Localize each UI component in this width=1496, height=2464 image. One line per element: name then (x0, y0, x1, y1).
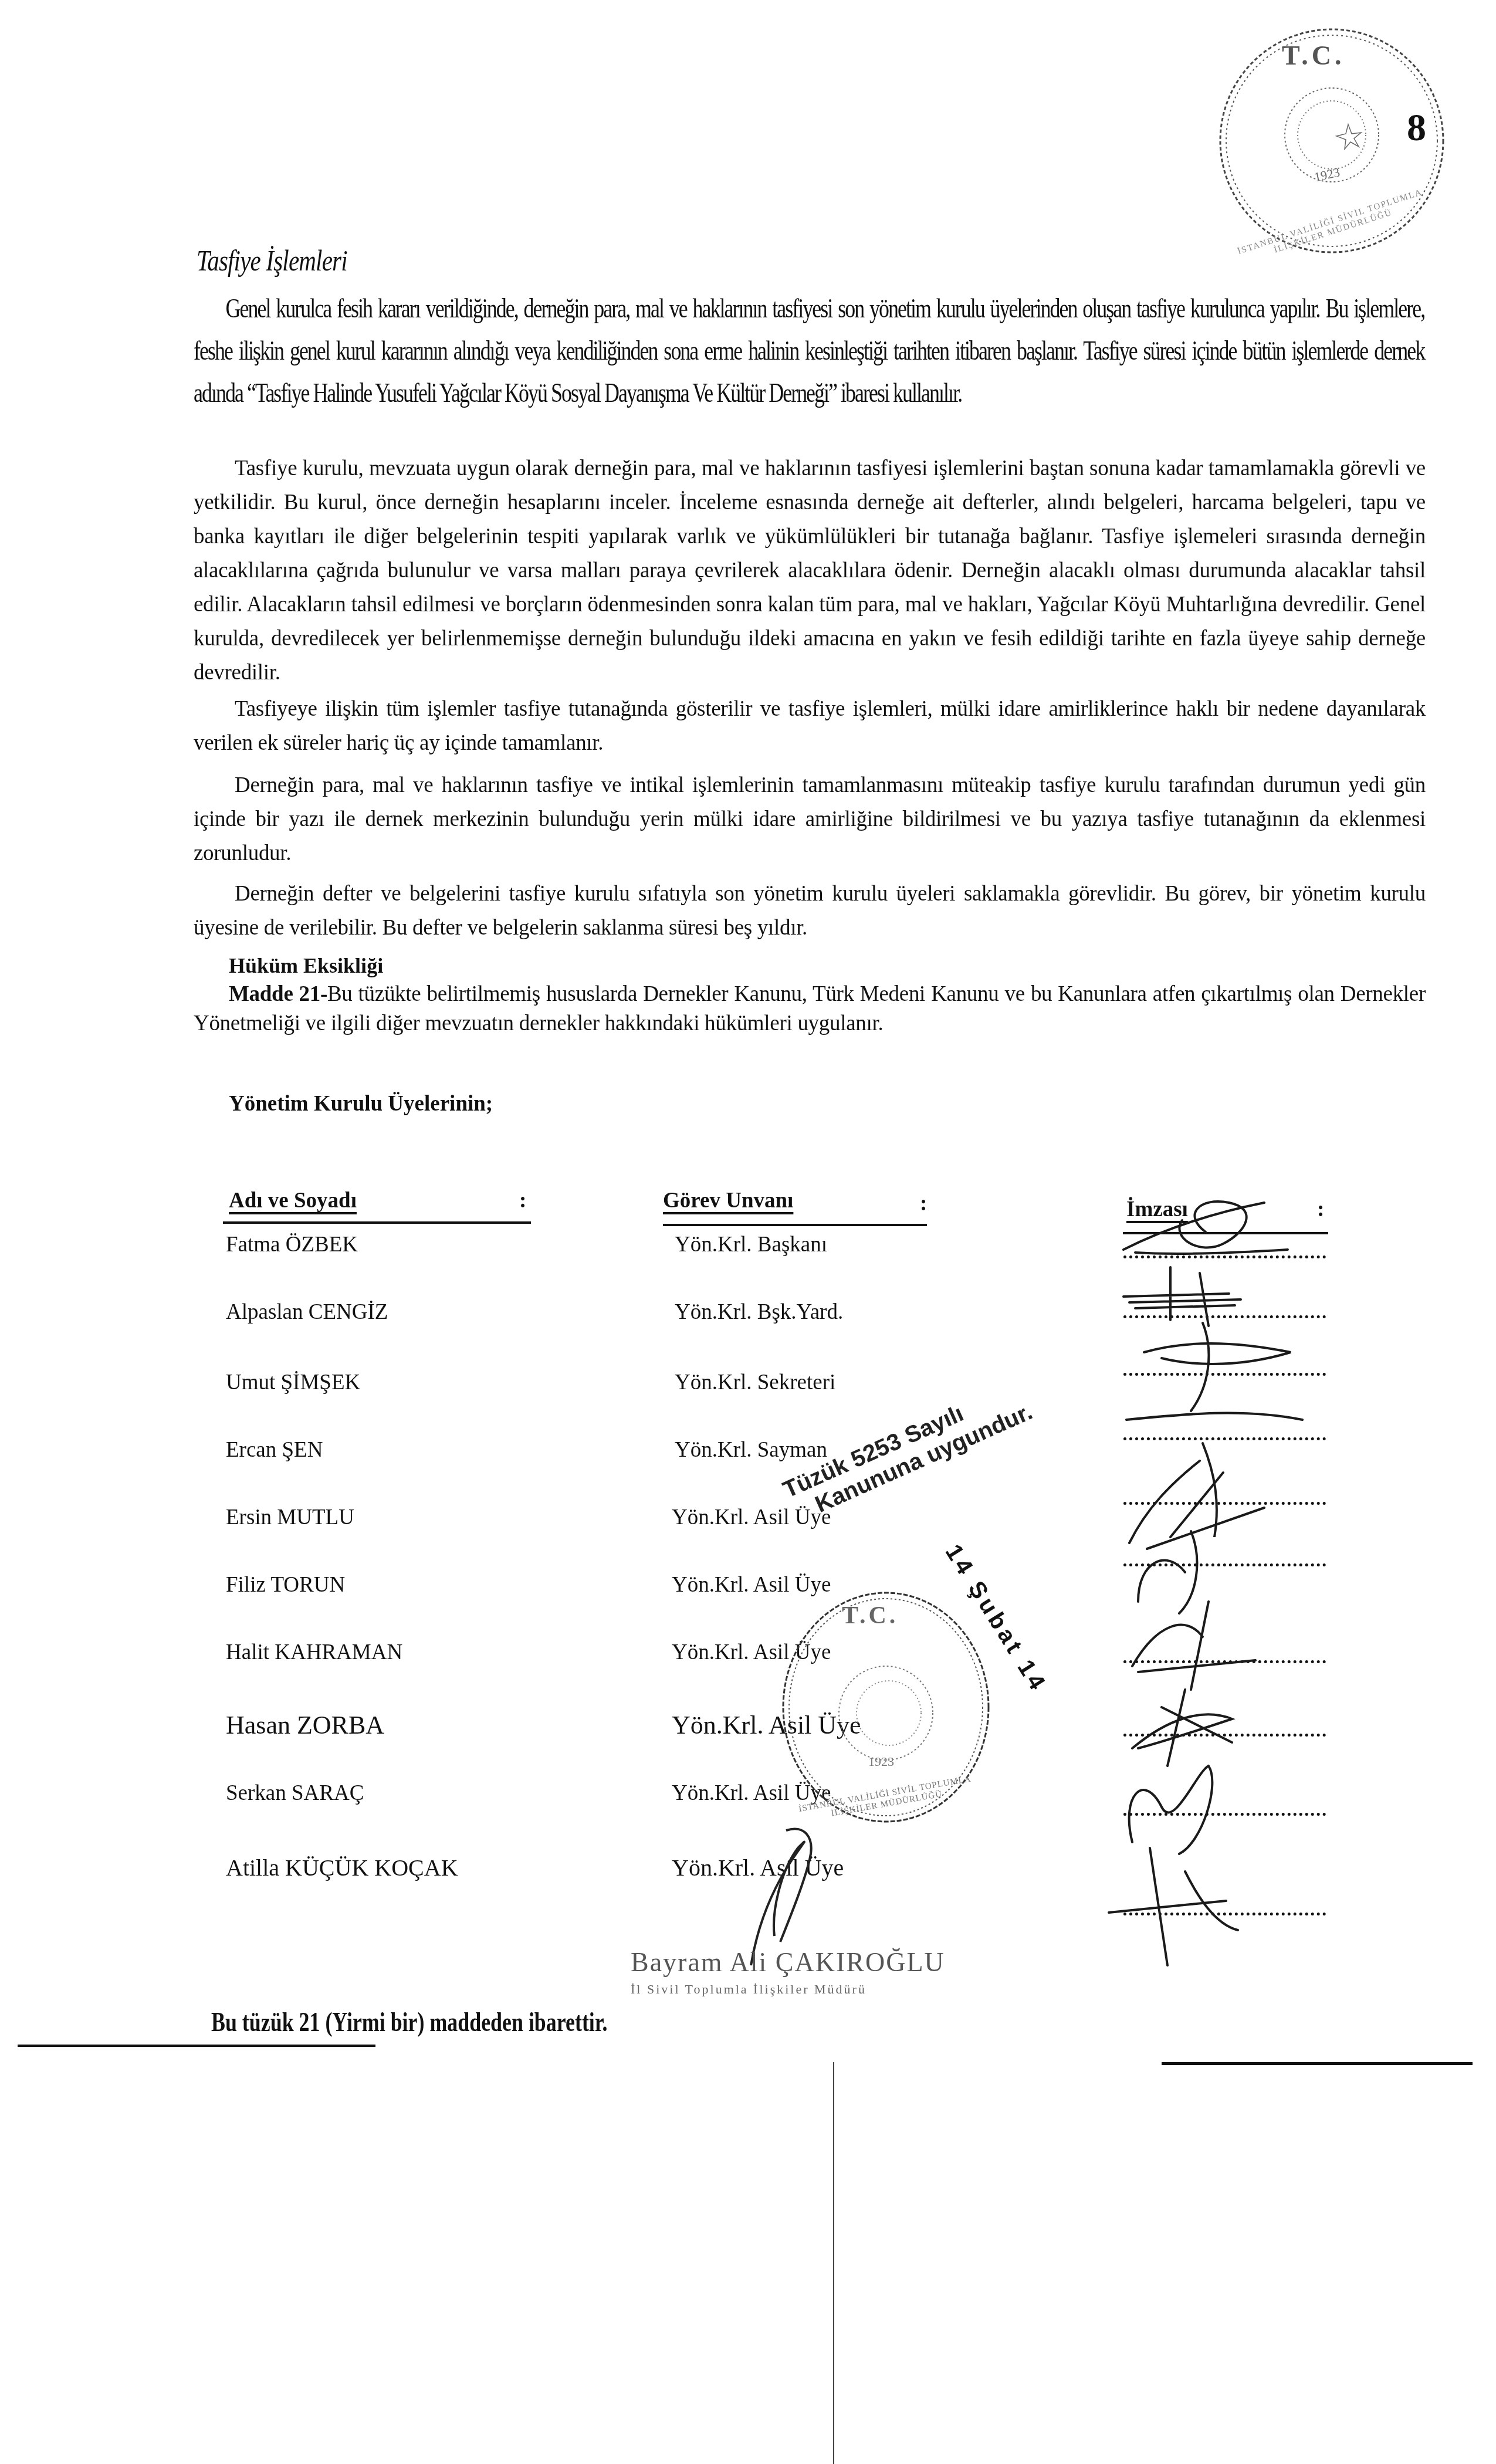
column-header-name-colon: : (519, 1188, 526, 1213)
member-name: Atilla KÜÇÜK KOÇAK (226, 1854, 458, 1881)
member-name: Umut ŞİMŞEK (226, 1370, 360, 1395)
column-header-role-colon: : (920, 1191, 927, 1216)
member-name: Ersin MUTLU (226, 1505, 354, 1530)
seal-year: 1923 (868, 1754, 894, 1769)
member-name: Halit KAHRAMAN (226, 1640, 402, 1665)
section-title-liquidation: Tasfiye İşlemleri (197, 243, 347, 277)
article-label: Madde 21- (229, 982, 327, 1006)
column-header-name: Adı ve Soyadı (229, 1188, 528, 1213)
divider-right (1162, 2062, 1473, 2065)
member-name: Serkan SARAÇ (226, 1781, 364, 1806)
member-role: Yön.Krl. Sekreteri (675, 1370, 835, 1395)
paragraph-liquidation-5: Derneğin defter ve belgelerini tasfiye k… (194, 877, 1426, 945)
fold-line (833, 2062, 834, 2464)
board-title: Yönetim Kurulu Üyelerinin; (229, 1091, 493, 1116)
seal-center-text: T.C. (842, 1602, 898, 1630)
member-name: Fatma ÖZBEK (226, 1232, 358, 1257)
article-21: Madde 21-Bu tüzükte belirtilmemiş hususl… (194, 980, 1426, 1038)
paragraph-liquidation-1: Genel kurulca fesih kararı verildiğinde,… (194, 287, 1424, 414)
member-name: Ercan ŞEN (226, 1437, 323, 1463)
official-seal-bottom: T.C. 1923 İSTANBUL VALİLİĞİ SİVİL TOPLUM… (771, 1587, 1000, 1827)
closing-statement: Bu tüzük 21 (Yirmi bir) maddeden ibarett… (211, 2006, 607, 2037)
section-title-deficiency: Hüküm Eksikliği (229, 953, 383, 978)
handwritten-signature-icon (1097, 1836, 1308, 1989)
paragraph-liquidation-3: Tasfiyeye ilişkin tüm işlemler tasfiye t… (194, 692, 1426, 760)
member-role: Yön.Krl. Sayman (675, 1437, 827, 1463)
member-name: Alpaslan CENGİZ (226, 1299, 388, 1325)
seal-center-text: T.C. (1282, 40, 1345, 71)
page-number: 8 (1407, 106, 1426, 150)
column-header-role: Görev Unvanı (663, 1188, 921, 1213)
header-underline-name (223, 1221, 531, 1224)
divider-left (18, 2045, 375, 2047)
official-seal-top: T.C. 1923 İSTANBUL VALİLİĞİ SİVİL TOPLUM… (1209, 18, 1455, 264)
header-underline-role (663, 1224, 927, 1226)
member-role: Yön.Krl. Başkanı (675, 1232, 827, 1257)
paragraph-liquidation-4: Derneğin para, mal ve haklarının tasfiye… (194, 769, 1426, 871)
member-name: Filiz TORUN (226, 1572, 345, 1597)
member-name: Hasan ZORBA (226, 1710, 384, 1740)
official-title: İl Sivil Toplumla İlişkiler Müdürü (631, 1982, 867, 1997)
paragraph-liquidation-2: Tasfiye kurulu, mevzuata uygun olarak de… (194, 452, 1426, 690)
official-name: Bayram Ali ÇAKIROĞLU (631, 1947, 945, 1978)
article-text: Bu tüzükte belirtilmemiş hususlarda Dern… (194, 982, 1426, 1035)
member-role: Yön.Krl. Bşk.Yard. (675, 1299, 843, 1325)
